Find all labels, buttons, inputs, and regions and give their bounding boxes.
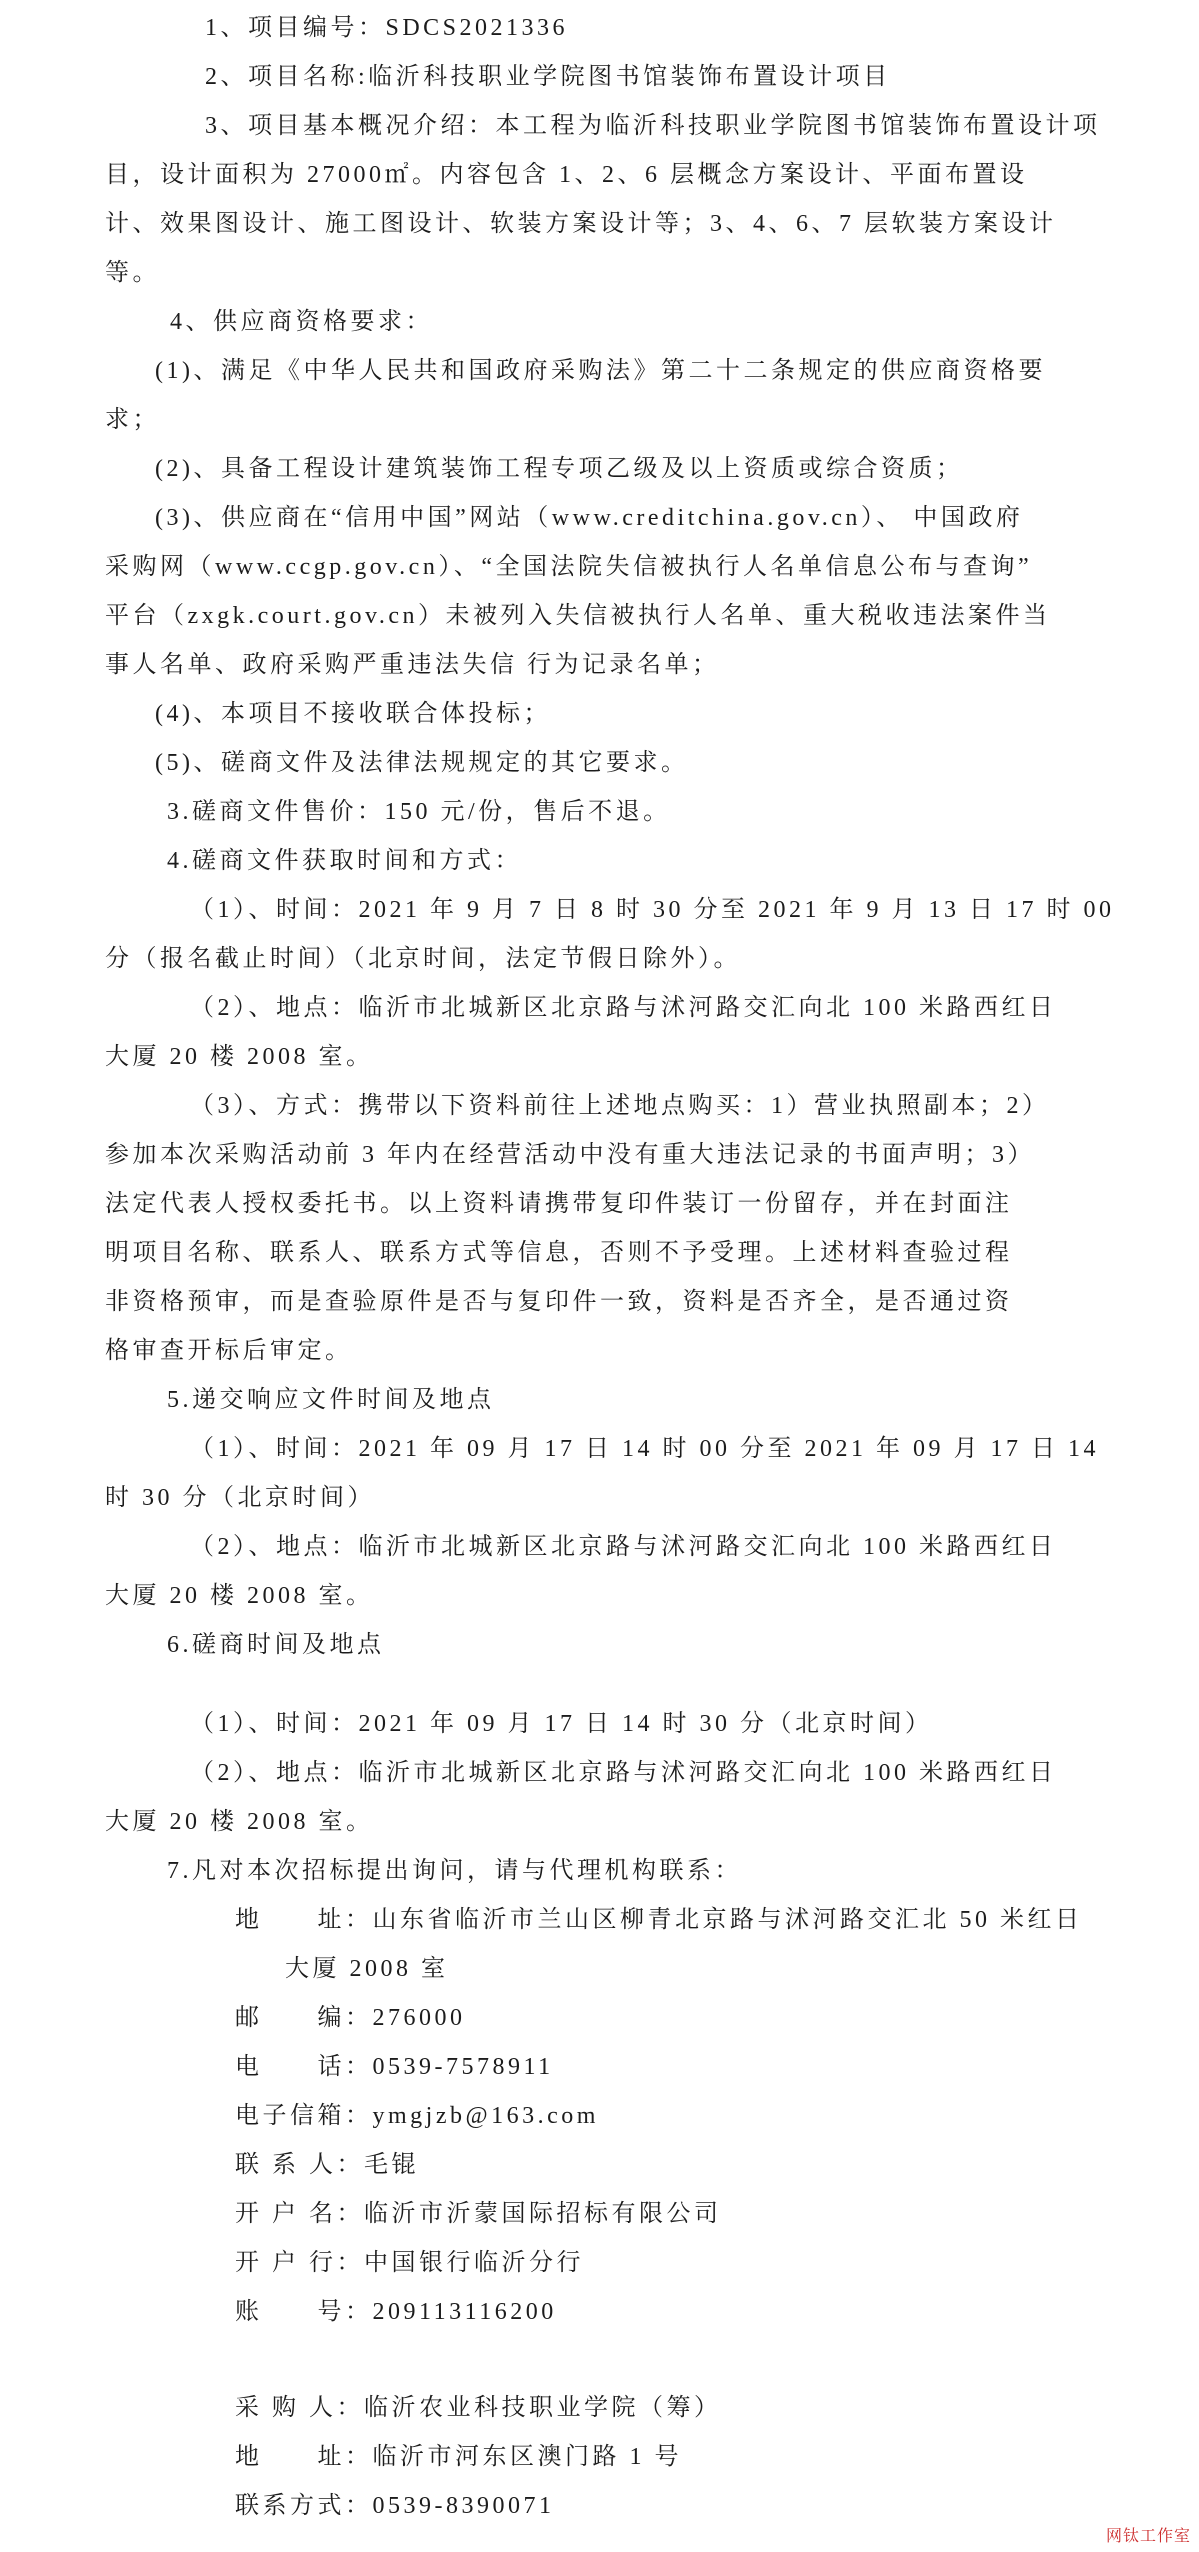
doc-line: （2）、地点：临沂市北城新区北京路与沭河路交汇向北 100 米路西红日 <box>105 984 1119 1033</box>
doc-line: (2)、具备工程设计建筑装饰工程专项乙级及以上资质或综合资质； <box>105 445 1119 494</box>
doc-line: 电子信箱：ymgjzb@163.com <box>105 2092 1119 2141</box>
doc-line: (1)、满足《中华人民共和国政府采购法》第二十二条规定的供应商资格要 <box>105 347 1119 396</box>
doc-line: （2）、地点：临沂市北城新区北京路与沭河路交汇向北 100 米路西红日 <box>105 1523 1119 1572</box>
doc-line: 平台（zxgk.court.gov.cn）未被列入失信被执行人名单、重大税收违法… <box>105 592 1119 641</box>
doc-line: 等。 <box>105 249 1119 298</box>
doc-line: 账 号：209113116200 <box>105 2288 1119 2337</box>
doc-line: (5)、磋商文件及法律法规规定的其它要求。 <box>105 739 1119 788</box>
doc-line: 开 户 行：中国银行临沂分行 <box>105 2239 1119 2288</box>
doc-line: 计、效果图设计、施工图设计、软装方案设计等；3、4、6、7 层软装方案设计 <box>105 200 1119 249</box>
doc-line: 地 址：山东省临沂市兰山区柳青北京路与沭河路交汇北 50 米红日 <box>105 1896 1119 1945</box>
doc-line: （1）、时间：2021 年 9 月 7 日 8 时 30 分至 2021 年 9… <box>105 886 1119 935</box>
doc-line: 时 30 分（北京时间） <box>105 1474 1119 1523</box>
doc-line: 5.递交响应文件时间及地点 <box>105 1376 1119 1425</box>
doc-line: (3)、供应商在“信用中国”网站（www.creditchina.gov.cn）… <box>105 494 1119 543</box>
doc-line: 邮 编：276000 <box>105 1994 1119 2043</box>
doc-line: 求； <box>105 396 1119 445</box>
doc-line: 联 系 人：毛锟 <box>105 2141 1119 2190</box>
studio-watermark: 网钛工作室 <box>1106 2523 1191 2546</box>
doc-line: 大厦 20 楼 2008 室。 <box>105 1033 1119 1082</box>
doc-line: 电 话：0539-7578911 <box>105 2043 1119 2092</box>
doc-line: 1、项目编号：SDCS2021336 <box>105 4 1119 53</box>
doc-line: (4)、本项目不接收联合体投标； <box>105 690 1119 739</box>
doc-line: 事人名单、政府采购严重违法失信 行为记录名单； <box>105 641 1119 690</box>
doc-line: 3、项目基本概况介绍：本工程为临沂科技职业学院图书馆装饰布置设计项 <box>105 102 1119 151</box>
doc-line: 7.凡对本次招标提出询问，请与代理机构联系： <box>105 1847 1119 1896</box>
doc-line: 联系方式：0539-8390071 <box>105 2482 1119 2531</box>
doc-line: （2）、地点：临沂市北城新区北京路与沭河路交汇向北 100 米路西红日 <box>105 1749 1119 1798</box>
doc-line: （3）、方式：携带以下资料前往上述地点购买：1）营业执照副本；2） <box>105 1082 1119 1131</box>
doc-line: 采购网（www.ccgp.gov.cn）、“全国法院失信被执行人名单信息公布与查… <box>105 543 1119 592</box>
doc-line: 地 址：临沂市河东区澳门路 1 号 <box>105 2433 1119 2482</box>
doc-line: 大厦 20 楼 2008 室。 <box>105 1572 1119 1621</box>
tender-notice-document: 1、项目编号：SDCS20213362、项目名称:临沂科技职业学院图书馆装饰布置… <box>0 0 1199 2531</box>
doc-line: 3.磋商文件售价：150 元/份，售后不退。 <box>105 788 1119 837</box>
doc-line: 非资格预审，而是查验原件是否与复印件一致，资料是否齐全，是否通过资 <box>105 1278 1119 1327</box>
doc-line: 分（报名截止时间）（北京时间，法定节假日除外）。 <box>105 935 1119 984</box>
doc-line: 明项目名称、联系人、联系方式等信息，否则不予受理。上述材料查验过程 <box>105 1229 1119 1278</box>
blank-line <box>105 1670 1119 1700</box>
doc-line: （1）、时间：2021 年 09 月 17 日 14 时 00 分至 2021 … <box>105 1425 1119 1474</box>
doc-line: 4、供应商资格要求： <box>105 298 1119 347</box>
blank-line <box>105 2337 1119 2384</box>
doc-line: 2、项目名称:临沂科技职业学院图书馆装饰布置设计项目 <box>105 53 1119 102</box>
doc-line: 开 户 名：临沂市沂蒙国际招标有限公司 <box>105 2190 1119 2239</box>
doc-line: 大厦 20 楼 2008 室。 <box>105 1798 1119 1847</box>
doc-line: 6.磋商时间及地点 <box>105 1621 1119 1670</box>
doc-line: 目，设计面积为 27000㎡。内容包含 1、2、6 层概念方案设计、平面布置设 <box>105 151 1119 200</box>
doc-line: 法定代表人授权委托书。以上资料请携带复印件装订一份留存，并在封面注 <box>105 1180 1119 1229</box>
doc-line: 4.磋商文件获取时间和方式： <box>105 837 1119 886</box>
doc-line: 采 购 人：临沂农业科技职业学院（筹） <box>105 2384 1119 2433</box>
doc-line: 参加本次采购活动前 3 年内在经营活动中没有重大违法记录的书面声明；3） <box>105 1131 1119 1180</box>
doc-line: 格审查开标后审定。 <box>105 1327 1119 1376</box>
doc-line: （1）、时间：2021 年 09 月 17 日 14 时 30 分（北京时间） <box>105 1700 1119 1749</box>
doc-line: 大厦 2008 室 <box>105 1945 1119 1994</box>
